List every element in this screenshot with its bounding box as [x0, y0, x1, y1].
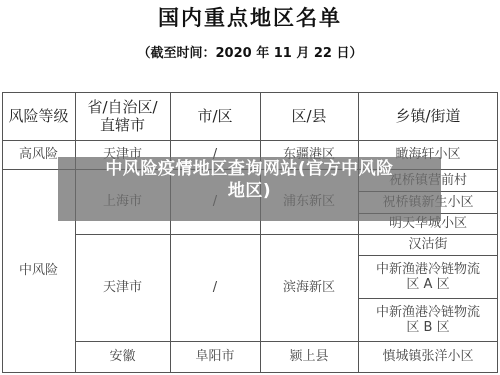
- table-cell-province: 安徽: [75, 341, 170, 372]
- risk-area-table: 风险等级 省/自治区/ 直辖市 市/区 区/县 乡镇/街道 高风险 天津市 / …: [2, 92, 498, 372]
- table-cell-town: 中新渔港冷链物流 区 A 区: [358, 255, 498, 298]
- table-cell-town: 中新渔港冷链物流 区 B 区: [358, 298, 498, 341]
- town-line: 中新渔港冷链物流: [376, 305, 480, 320]
- table-cell-city: /: [170, 234, 260, 341]
- document-subtitle: （截至时间：2020 年 11 月 22 日）: [0, 42, 500, 61]
- table-cell-town: 慎城镇张洋小区: [358, 341, 498, 372]
- table-cell-city: 阜阳市: [170, 341, 260, 372]
- table-cell-province: 天津市: [75, 234, 170, 341]
- header-county: 区/县: [260, 92, 358, 140]
- header-town: 乡镇/街道: [358, 92, 498, 140]
- town-line: 区 A 区: [406, 277, 449, 292]
- header-province: 省/自治区/ 直辖市: [75, 92, 170, 140]
- document-title: 国内重点地区名单: [0, 2, 500, 32]
- header-risk-level: 风险等级: [2, 92, 75, 140]
- caption-line-1: 中风险疫情地区查询网站(官方中风险: [58, 158, 441, 180]
- header-city: 市/区: [170, 92, 260, 140]
- caption-line-2: 地区): [58, 180, 441, 202]
- town-line: 区 B 区: [406, 320, 449, 335]
- table-cell-county: 滨海新区: [260, 234, 358, 341]
- table-border-bottom: [2, 372, 498, 373]
- table-cell-town: 汉沽街: [358, 234, 498, 255]
- header-province-line1: 省/自治区/: [87, 98, 157, 116]
- town-line: 中新渔港冷链物流: [376, 262, 480, 277]
- caption-overlay-text: 中风险疫情地区查询网站(官方中风险 地区): [58, 158, 441, 202]
- header-province-line2: 直辖市: [100, 116, 145, 134]
- table-cell-county: 颍上县: [260, 341, 358, 372]
